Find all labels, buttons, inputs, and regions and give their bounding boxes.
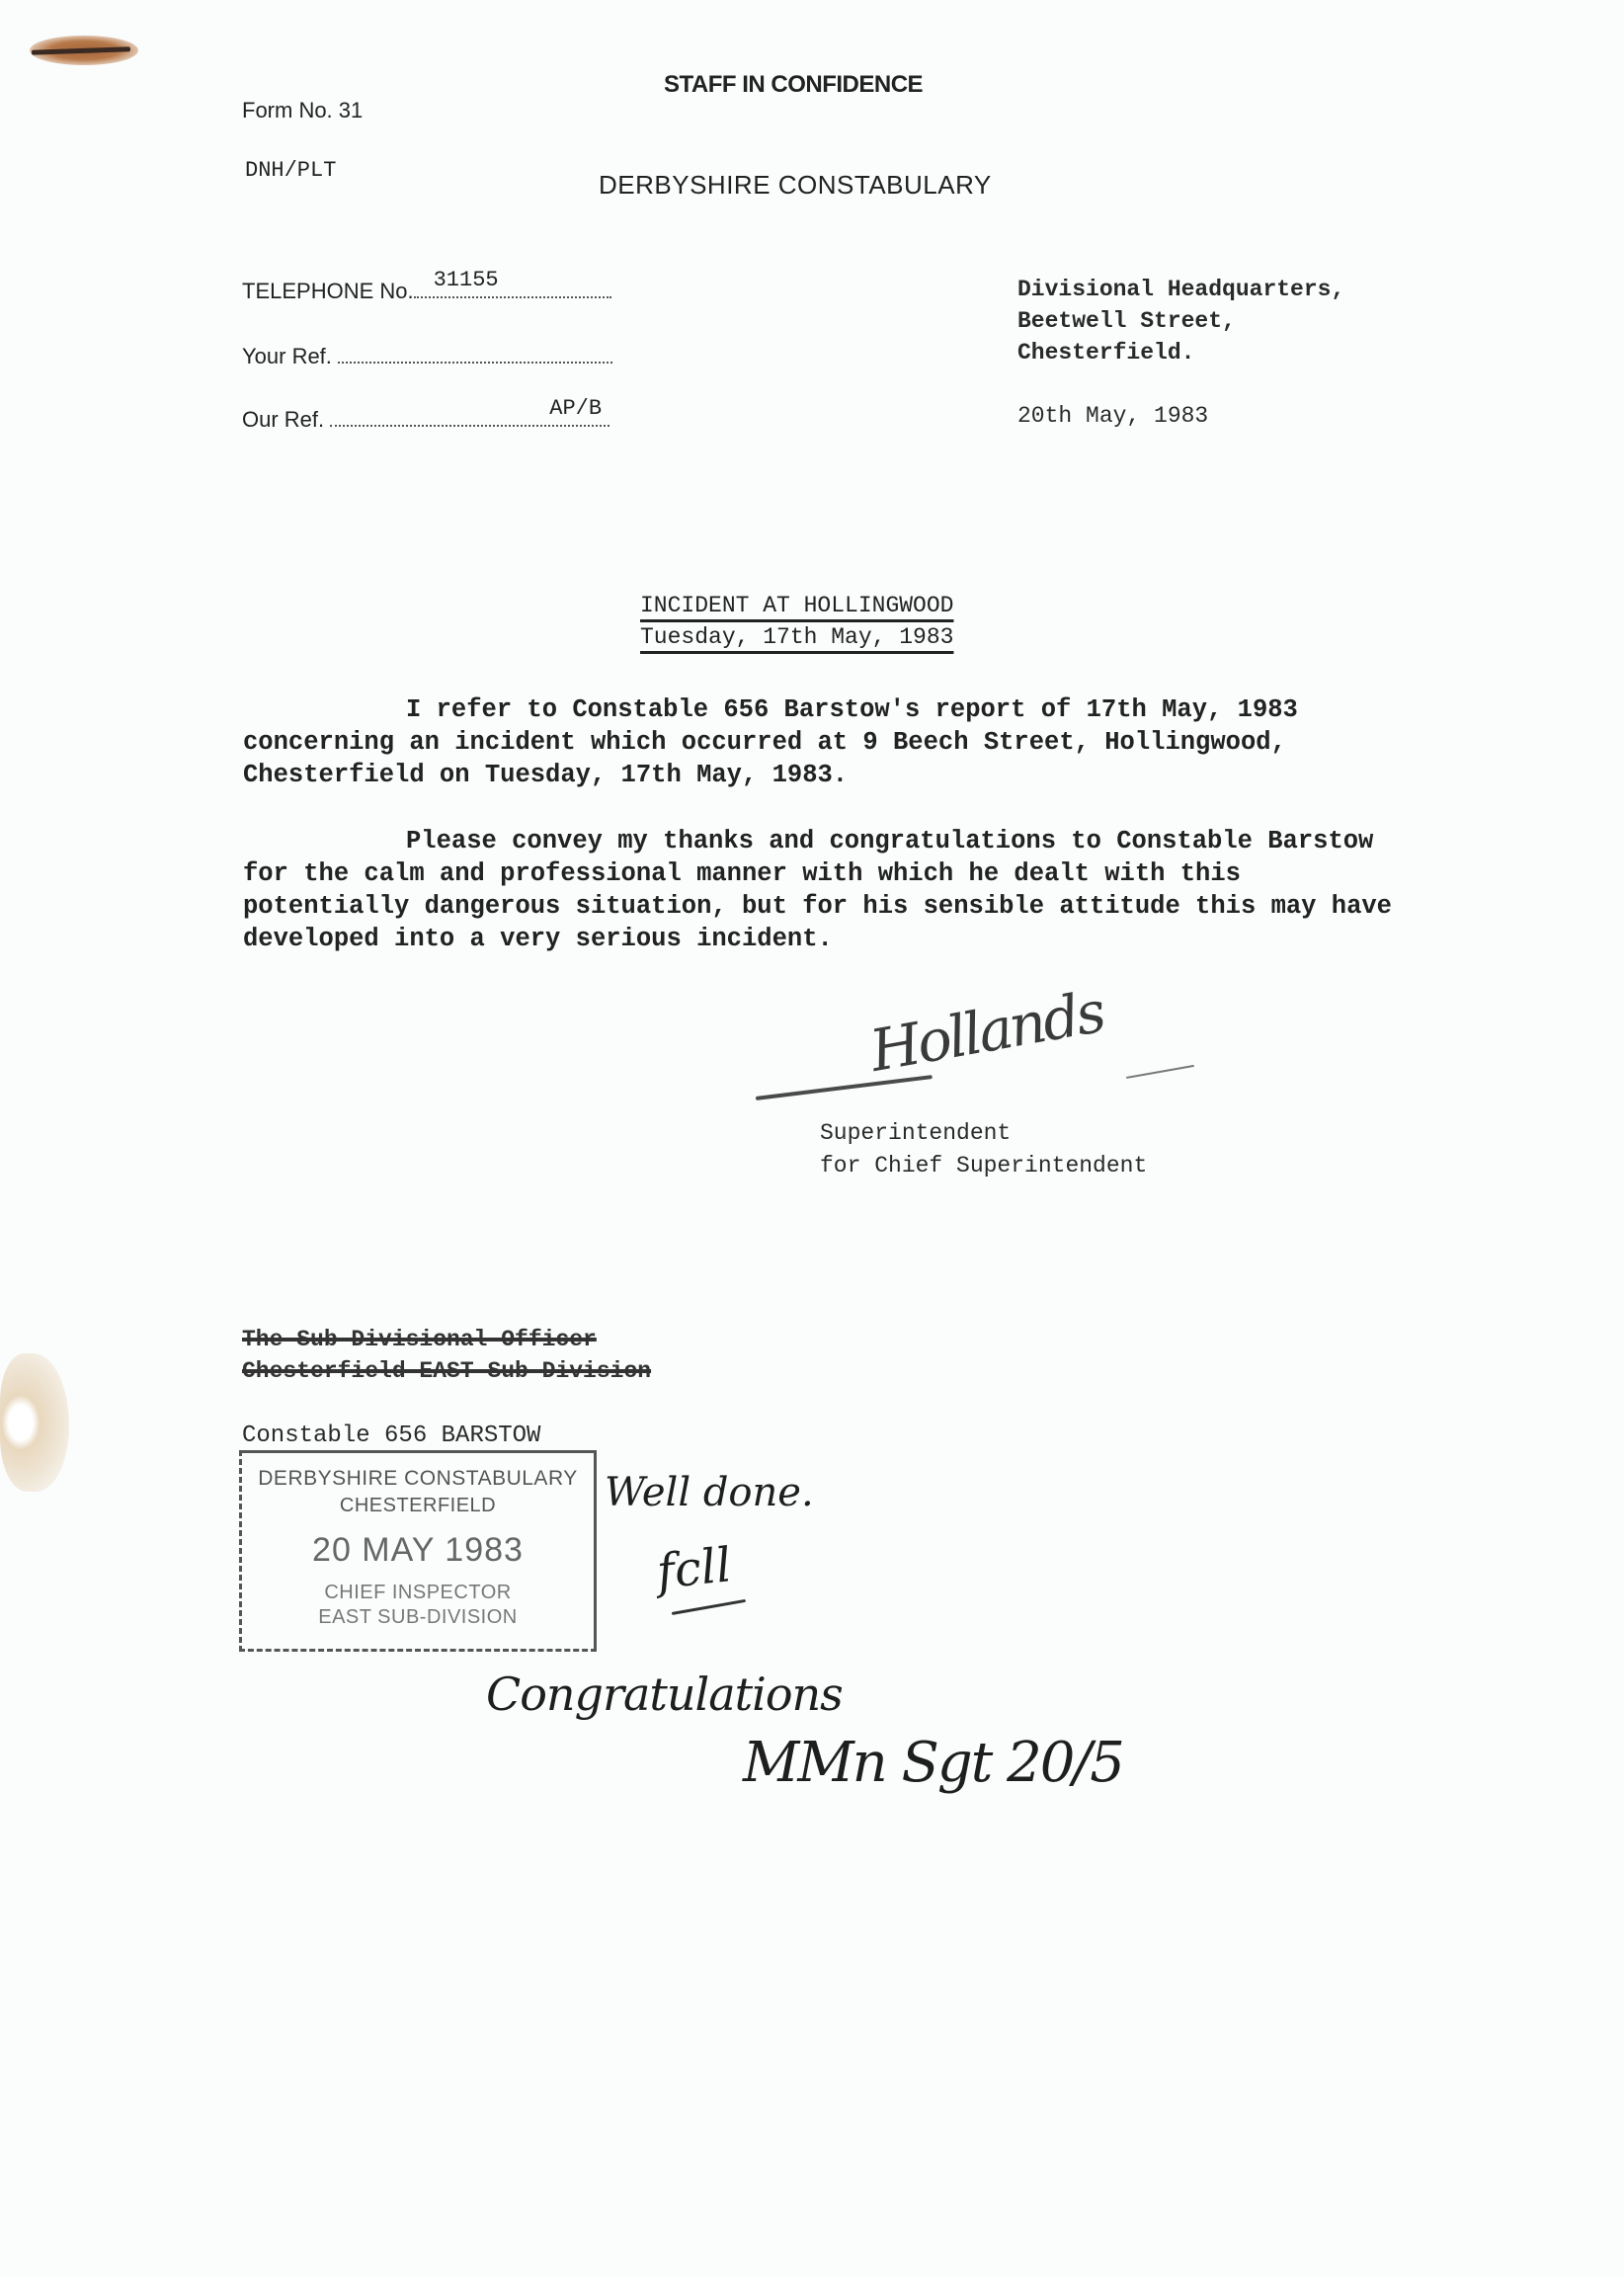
signature-stroke [756, 1075, 933, 1100]
struck-addressee-line-2: Chesterfield EAST Sub-Division [242, 1358, 651, 1384]
letter-date: 20th May, 1983 [1017, 403, 1208, 429]
telephone-value: 31155 [434, 268, 499, 292]
classification-heading: STAFF IN CONFIDENCE [664, 71, 923, 99]
stamp-date: 20 MAY 1983 [242, 1531, 594, 1570]
reference-initials: DNH/PLT [245, 158, 336, 183]
subject-date: Tuesday, 17th May, 1983 [640, 624, 953, 650]
your-ref-field: Your Ref. [242, 342, 612, 369]
initials-underline [672, 1599, 746, 1615]
stamp-officer: CHIEF INSPECTOR [242, 1582, 594, 1604]
telephone-field: TELEPHONE No.31155 [242, 277, 611, 304]
form-number: Form No. 31 [242, 98, 363, 123]
signature-stroke-tail [1126, 1065, 1194, 1079]
signatory-capacity: for Chief Superintendent [820, 1153, 1147, 1179]
struck-addressee-line-1: The Sub Divisional Officer [242, 1327, 597, 1352]
stamp-division: EAST SUB-DIVISION [242, 1606, 594, 1629]
staple-rust-stain [30, 36, 138, 65]
signatory-title: Superintendent [820, 1120, 1011, 1146]
our-ref-value: AP/B [549, 396, 602, 421]
received-date-stamp: DERBYSHIRE CONSTABULARY CHESTERFIELD 20 … [239, 1450, 597, 1652]
subject-title: INCIDENT AT HOLLINGWOOD [640, 593, 953, 618]
body-paragraph-1: I refer to Constable 656 Barstow's repor… [243, 693, 1399, 791]
organisation-heading: DERBYSHIRE CONSTABULARY [599, 170, 992, 201]
annotation-sergeant-signature: MMn Sgt 20/5 [743, 1731, 1123, 1795]
address-line-3: Chesterfield. [1017, 340, 1194, 366]
recipient: Constable 656 BARSTOW [242, 1423, 540, 1449]
water-stain [0, 1353, 69, 1492]
stamp-location: CHESTERFIELD [242, 1495, 594, 1517]
our-ref-field: Our Ref. AP/B [242, 405, 609, 433]
handwritten-signature: Hollands [865, 978, 1108, 1085]
telephone-label: TELEPHONE No. [242, 279, 414, 303]
our-ref-label: Our Ref. [242, 407, 324, 432]
your-ref-label: Your Ref. [242, 344, 332, 368]
address-line-1: Divisional Headquarters, [1017, 277, 1344, 302]
body-paragraph-2: Please convey my thanks and congratulati… [243, 825, 1399, 955]
annotation-initials: fcll [654, 1537, 734, 1600]
stamp-organisation: DERBYSHIRE CONSTABULARY [242, 1467, 594, 1491]
address-line-2: Beetwell Street, [1017, 308, 1236, 334]
annotation-well-done: Well done. [605, 1470, 814, 1515]
annotation-congratulations: Congratulations [486, 1668, 843, 1721]
